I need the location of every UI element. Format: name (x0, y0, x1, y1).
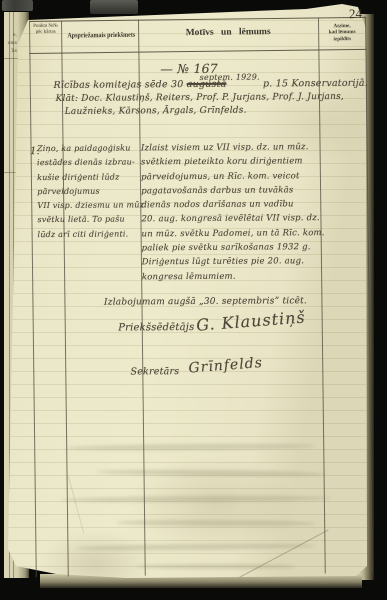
subject-line: svētku lietā. To pašu (37, 215, 137, 230)
secretary-label: Sekretārs (130, 366, 179, 377)
subject-line: VII visp. dziesmu un mūz. (37, 201, 137, 216)
chairman-signature: G. Klaustiņš (196, 307, 307, 334)
subject-line: iestādes dienās izbrau- (37, 158, 137, 173)
subject-column-entry: Ziņo, ka paidagoģisku iestādes dienās iz… (37, 143, 138, 244)
decision-line: pagatavošanās darbus un tuvākās (141, 185, 315, 201)
attendees-line: Laužnieks, Kārsons, Ārgals, Grīnfelds. (65, 106, 247, 117)
secretary-signature: Grīnfelds (188, 355, 263, 377)
session-text-before: Rīcības komitejas sēde 30 (53, 79, 183, 91)
decision-line: un mūz. svētku Padomei, un tā Rīc. kom. (142, 228, 316, 244)
attendees-line: Klāt: Doc. Klaustiņš, Reiters, Prof. P. … (56, 92, 344, 104)
decision-column-entry: Izlaist visiem uz VII visp. dz. un mūz. … (141, 142, 316, 286)
subject-line: lūdz arī citi diriģenti. (38, 229, 138, 244)
inserted-correction: septem. 1929. (200, 73, 260, 82)
session-line: Rīcības komitejas sēde 30 augustā septem… (53, 78, 368, 91)
handwriting-layer: — № 167 Rīcības komitejas sēde 30 august… (0, 0, 387, 600)
decision-line: pārveidojumus, un Rīc. kom. veicot (141, 171, 315, 187)
subject-line: pārveidojumus (37, 186, 137, 201)
chairman-label: Priekšsēdētājs (118, 322, 194, 334)
session-text-after: p. 15 Konservatorijā. (263, 78, 368, 90)
subject-line: kušie diriģenti lūdz (37, 172, 137, 187)
decision-line: Diriģentus lūgt turēties pie 20. aug. (142, 257, 316, 273)
decision-line: svētkiem pieteikto koru diriģentiem (141, 156, 315, 172)
closing-attestation-line: Izlabojumam augšā „30. septembris” ticēt… (104, 296, 307, 307)
decision-line: 20. aug. kongresā ievēlētai VII visp. dz… (141, 214, 315, 230)
subject-line: Ziņo, ka paidagoģisku (37, 143, 137, 158)
scanned-ledger-photo: e, ums īts Punkta №№ pēc kārtas Apspriež… (0, 0, 387, 600)
decision-line: kongresa lēmumiem. (142, 271, 316, 287)
